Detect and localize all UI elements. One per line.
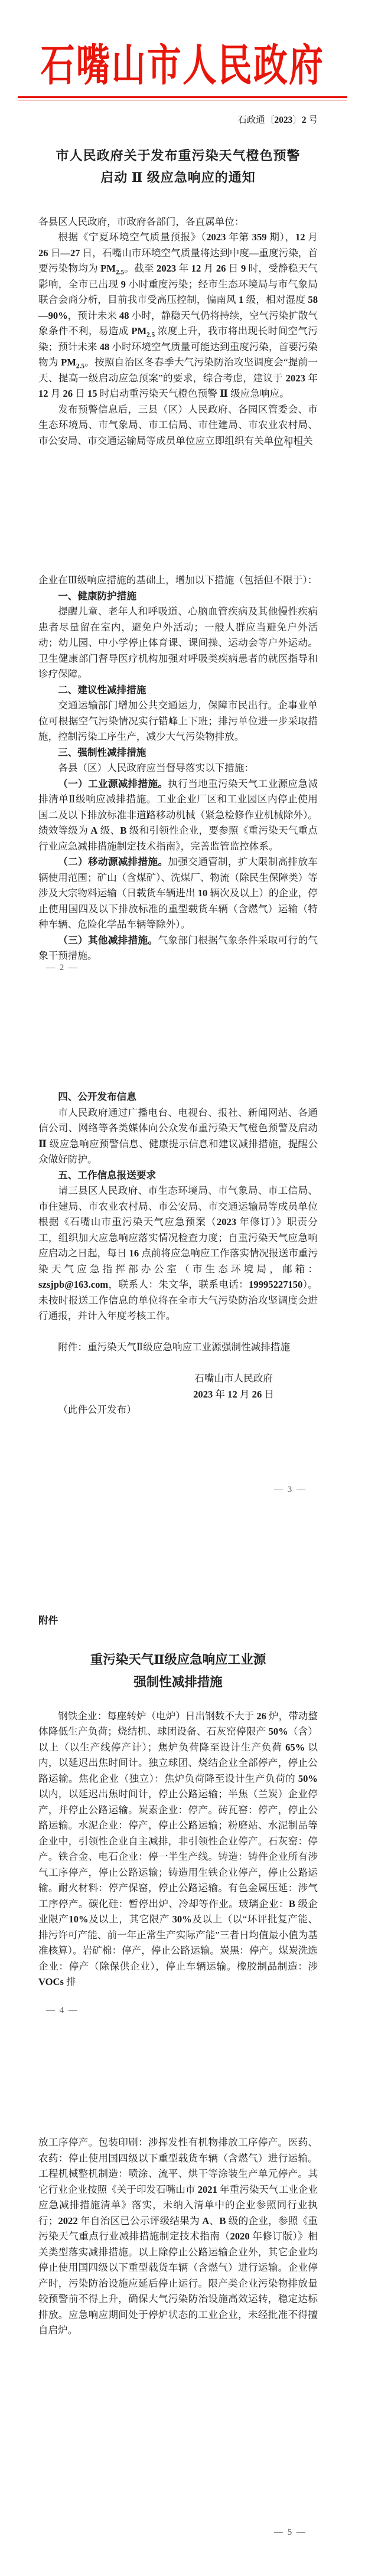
paragraph-mandatory-lead: 各县（区）人民政府应当督导落实以下措施： xyxy=(38,760,318,776)
signature-block: 石嘴山市人民政府 2023 年 12 月 26 日 xyxy=(193,1371,274,1402)
public-release-note: （此件公开发布） xyxy=(38,1402,318,1418)
paragraph-report-requirements: 请三县区人民政府、市生态环境局、市气象局、市工信局、市住建局、市农业农村局、市公… xyxy=(38,1183,318,1324)
paragraph-publish-info: 市人民政府通过广播电台、电视台、报社、新闻网站、各通信公司、网络等各类媒体向公众… xyxy=(38,1105,318,1168)
paragraph-suggested: 交通运输部门增加公共交通运力，保障市民出行。企事业单位可根据空气污染情况实行错峰… xyxy=(38,698,318,745)
notice-title-line1: 市人民政府关于发布重污染天气橙色预警 xyxy=(38,145,318,166)
section-heading-4: 四、公开发布信息 xyxy=(38,1089,318,1105)
paragraph-industry-measures-part1: 钢铁企业：每座转炉（电炉）日出钢数不大于 26 炉，带动整体降低生产负荷；烧结机… xyxy=(38,1709,318,1990)
notice-title: 市人民政府关于发布重污染天气橙色预警 启动 Ⅱ 级应急响应的通知 xyxy=(38,145,318,188)
attachment-reference: 附件：重污染天气Ⅱ级应急响应工业源强制性减排措施 xyxy=(38,1340,318,1356)
red-divider-rule xyxy=(18,96,347,101)
agency-name: 石嘴山市人民政府 xyxy=(41,44,324,89)
sign-date: 2023 年 12 月 26 日 xyxy=(193,1387,274,1403)
page-number: — 1 — xyxy=(274,440,307,450)
salutation: 各县区人民政府，市政府各部门，各直属单位： xyxy=(38,214,318,230)
section-heading-1: 一、健康防护措施 xyxy=(38,589,318,605)
page-number: — 4 — xyxy=(46,2006,79,2016)
document-number: 石政通〔2023〕2 号 xyxy=(38,113,318,129)
letterhead: 石嘴山市人民政府 xyxy=(0,44,365,89)
section-heading-3: 三、强制性减排措施 xyxy=(38,745,318,761)
paragraph-other-measures: （三）其他减排措施。气象部门根据气象条件采取可行的气象干预措施。 xyxy=(38,933,318,964)
page-4: 附件 重污染天气Ⅱ级应急响应工业源 强制性减排措施 钢铁企业：每座转炉（电炉）日… xyxy=(0,1546,365,2061)
paragraph-mobile-sources: （二）移动源减排措施。加强交通管制，扩大限制高排放车辆使用范围；矿山（含煤矿）、… xyxy=(38,854,318,933)
notice-title-line2: 启动 Ⅱ 级应急响应的通知 xyxy=(38,166,318,188)
attachment-title-line1: 重污染天气Ⅱ级应急响应工业源 xyxy=(38,1648,318,1671)
page-2: 企业在Ⅲ级响应措施的基础上，增加以下措施（包括但不限于）： 一、健康防护措施 提… xyxy=(0,515,365,1030)
paragraph-industrial-sources: （一）工业源减排措施。执行当地重污染天气工业源应急减排清单Ⅱ级响应减排措施。工业… xyxy=(38,776,318,855)
section-heading-2: 二、建议性减排措施 xyxy=(38,683,318,698)
paragraph-intro: 根据《宁夏环境空气质量预报》（2023 年第 359 期），12 月 26 日—… xyxy=(38,230,318,402)
paragraph-health: 提醒儿童、老年人和呼吸道、心脑血管疾病及其他慢性疾病患者尽量留在室内，避免户外活… xyxy=(38,604,318,683)
paragraph-industry-measures-part2: 放工序停产。包装印刷：涉挥发性有机物排放工序停产。医药、农药：停止使用国四级以下… xyxy=(38,2135,318,2339)
page-number: — 5 — xyxy=(274,2528,307,2538)
attachment-title-line2: 强制性减排措施 xyxy=(38,1671,318,1693)
page-number: — 3 — xyxy=(274,1485,307,1495)
page-number: — 2 — xyxy=(46,963,79,973)
attachment-label: 附件 xyxy=(38,1613,318,1629)
attachment-title: 重污染天气Ⅱ级应急响应工业源 强制性减排措施 xyxy=(38,1648,318,1693)
signer-name: 石嘴山市人民政府 xyxy=(193,1371,274,1387)
paragraph-dispatch-part2: 企业在Ⅲ级响应措施的基础上，增加以下措施（包括但不限于）： xyxy=(38,573,318,589)
section-heading-5: 五、工作信息报送要求 xyxy=(38,1168,318,1184)
page-1: 石嘴山市人民政府 石政通〔2023〕2 号 市人民政府关于发布重污染天气橙色预警… xyxy=(0,0,365,515)
page-5: 放工序停产。包装印刷：涉挥发性有机物排放工序停产。医药、农药：停止使用国四级以下… xyxy=(0,2061,365,2576)
page-3: 四、公开发布信息 市人民政府通过广播电台、电视台、报社、新闻网站、各通信公司、网… xyxy=(0,1030,365,1546)
document-scroll: { "colors": { "letterhead_red": "#e8150a… xyxy=(0,0,365,2576)
